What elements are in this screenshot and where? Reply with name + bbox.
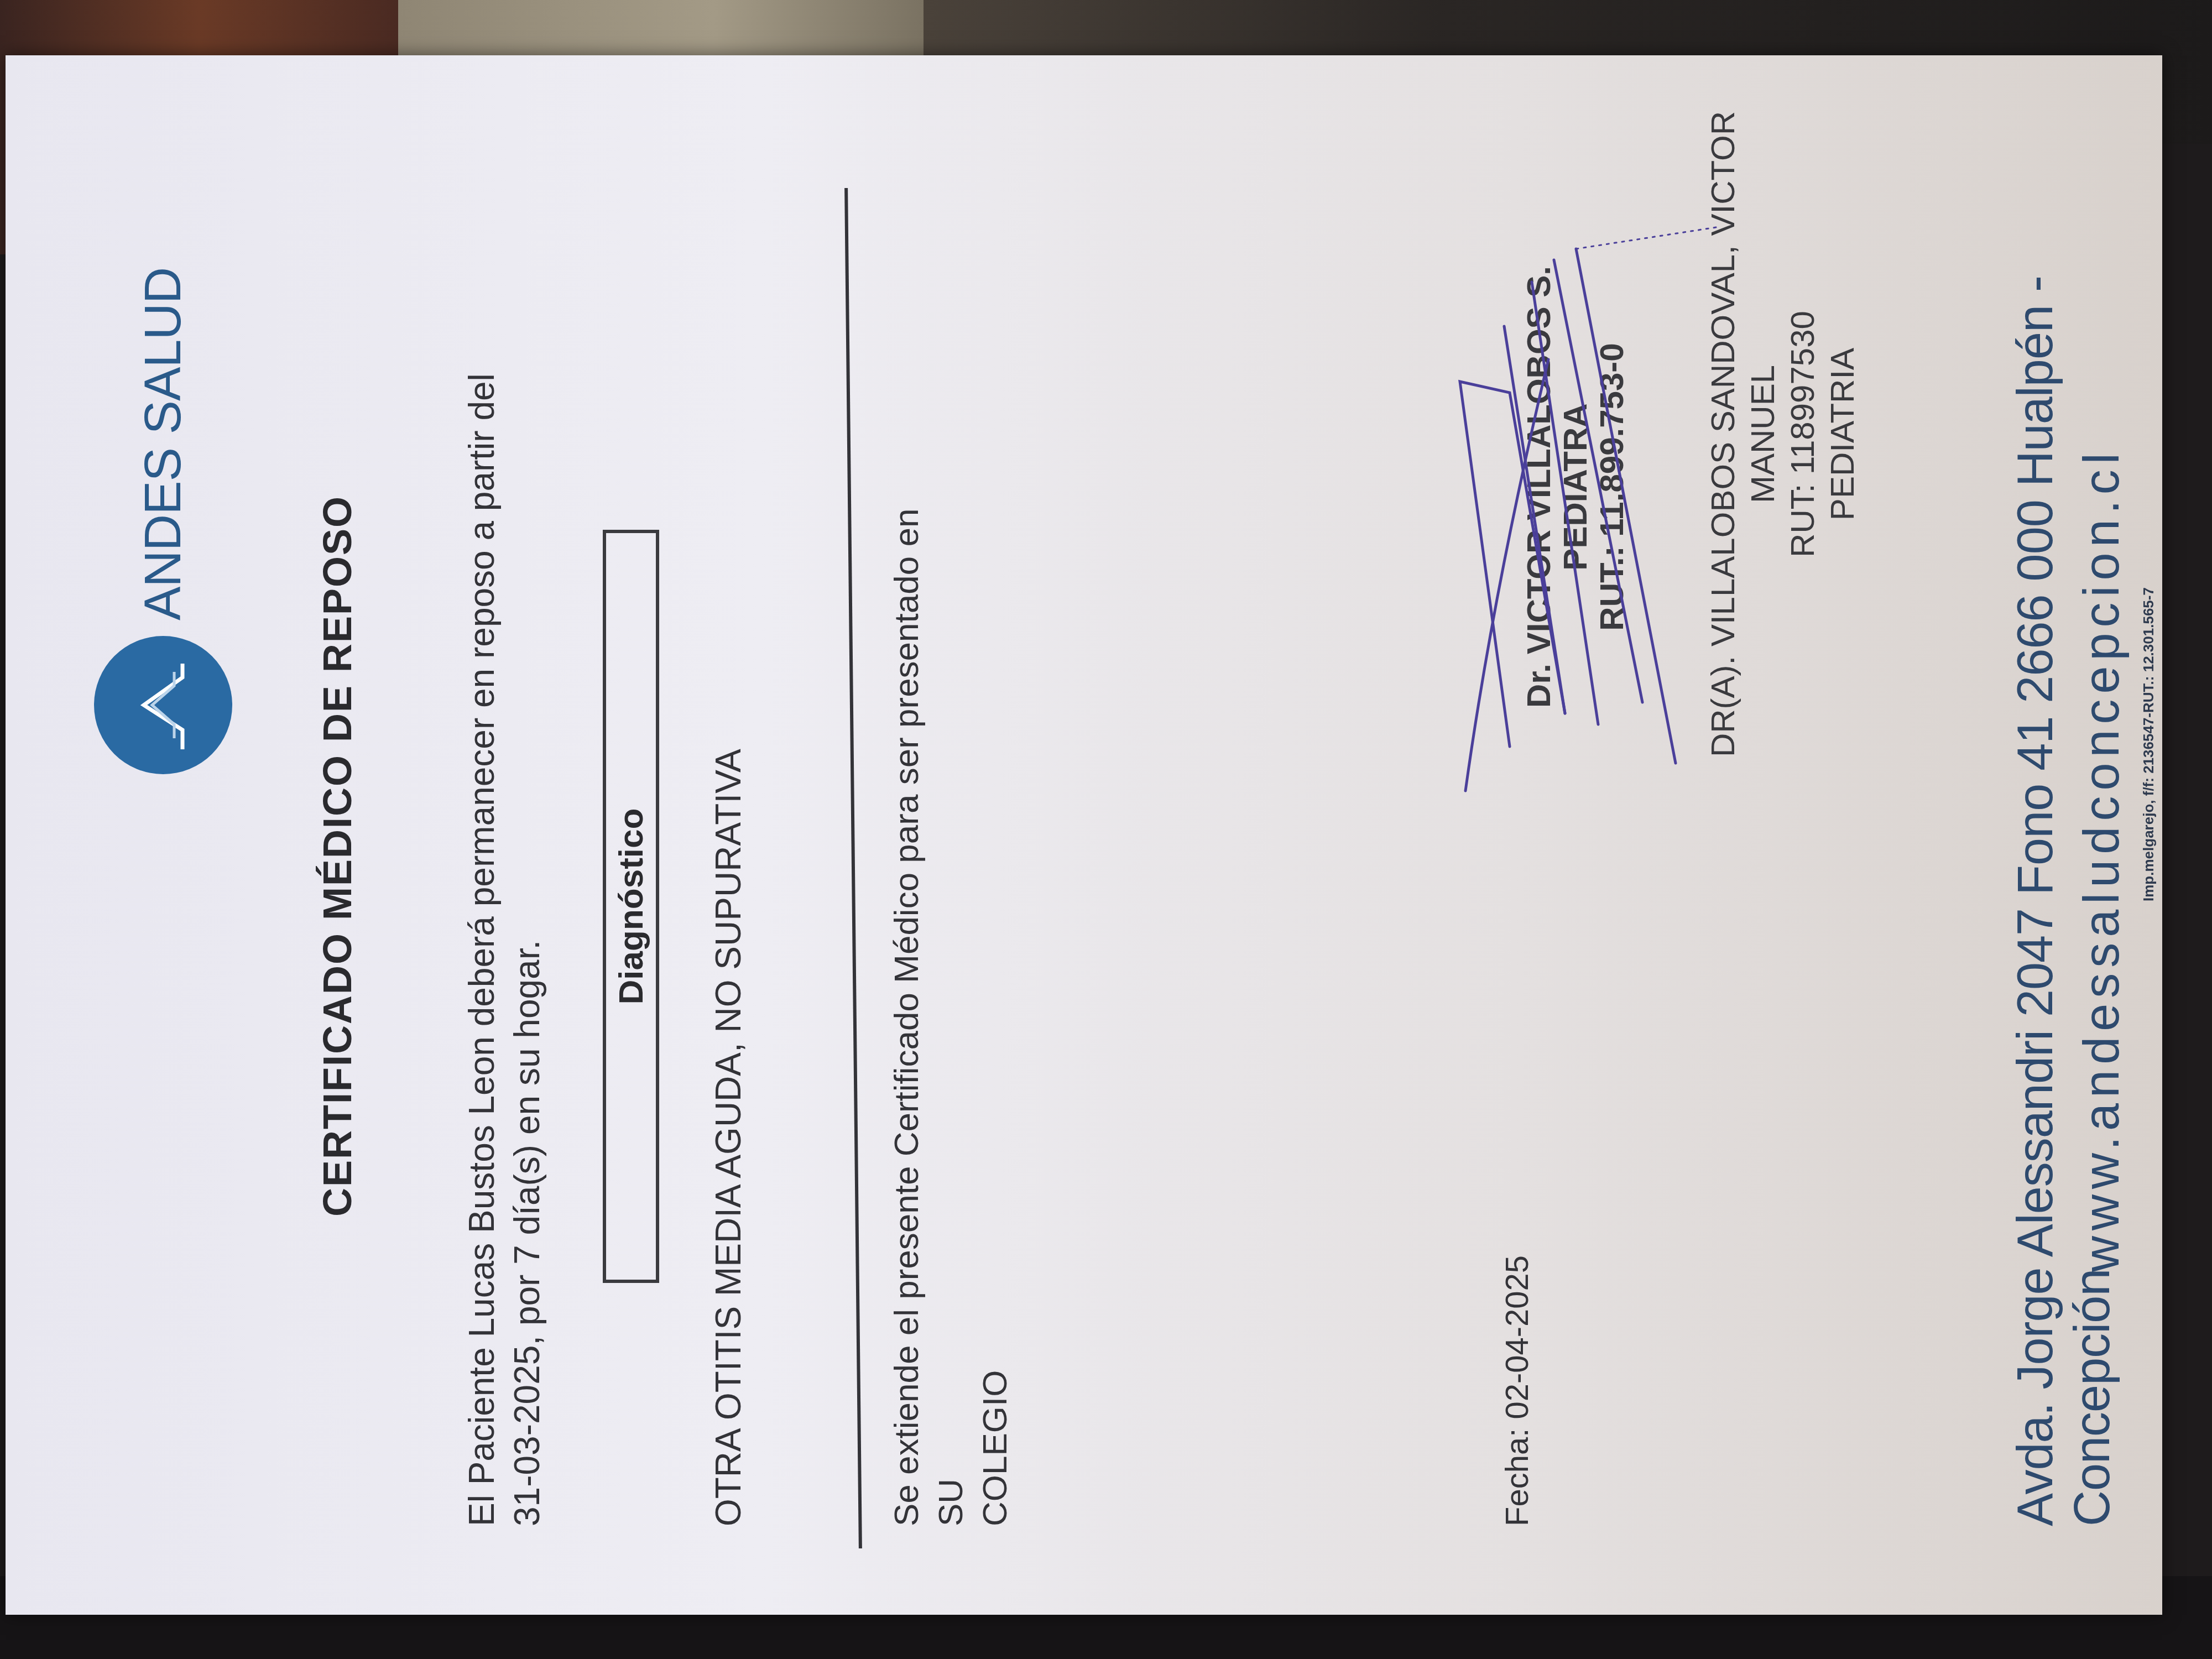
certificate-title: CERTIFICADO MÉDICO DE REPOSO xyxy=(315,495,361,1217)
body-line-1: El Paciente Lucas Bustos Leon deberá per… xyxy=(459,254,504,1526)
body-line-2: 31-03-2025, por 7 día(s) en su hogar. xyxy=(504,254,550,1526)
stamp-name: Dr. VICTOR VILLALOBOS S. xyxy=(1521,266,1557,708)
diagnosis-box: Diagnóstico xyxy=(603,530,659,1283)
certificate-body: El Paciente Lucas Bustos Leon deberá per… xyxy=(459,254,550,1526)
certificate-note: Se extiende el presente Certificado Médi… xyxy=(885,476,1018,1526)
doctor-rut: RUT: 118997530 xyxy=(1783,55,1823,813)
diagnosis-text: OTRA OTITIS MEDIA AGUDA, NO SUPURATIVA xyxy=(708,749,749,1526)
note-line-2: COLEGIO xyxy=(973,476,1018,1526)
footer-website: www.andessaludconcepcion.cl xyxy=(2074,447,2131,1272)
doctor-stamp: Dr. VICTOR VILLALOBOS S. PEDIATRA RUT.: … xyxy=(1521,266,1630,708)
divider xyxy=(844,188,862,1548)
note-line-1: Se extiende el presente Certificado Médi… xyxy=(885,476,973,1526)
certificate-paper: ANDES SALUD CERTIFICADO MÉDICO DE REPOSO… xyxy=(6,55,2162,1615)
doctor-name: DR(A). VILLALOBOS SANDOVAL, VICTOR MANUE… xyxy=(1703,55,1783,813)
stamp-rut: RUT.: 11.899.753-0 xyxy=(1594,266,1630,708)
stamp-specialty: PEDIATRA xyxy=(1557,266,1594,708)
doctor-printed: DR(A). VILLALOBOS SANDOVAL, VICTOR MANUE… xyxy=(1703,55,1863,813)
header-logo: ANDES SALUD xyxy=(94,268,232,774)
mountain-logo-icon xyxy=(94,636,232,774)
doctor-specialty: PEDIATRIA xyxy=(1823,55,1863,813)
certificate-date: Fecha: 02-04-2025 xyxy=(1499,1255,1536,1526)
brand-name: ANDES SALUD xyxy=(134,268,192,620)
footer-printer: Imp.melgarejo, f/f: 2136547-RUT.: 12.301… xyxy=(2140,587,2157,901)
diagnosis-label: Diagnóstico xyxy=(612,808,651,1005)
